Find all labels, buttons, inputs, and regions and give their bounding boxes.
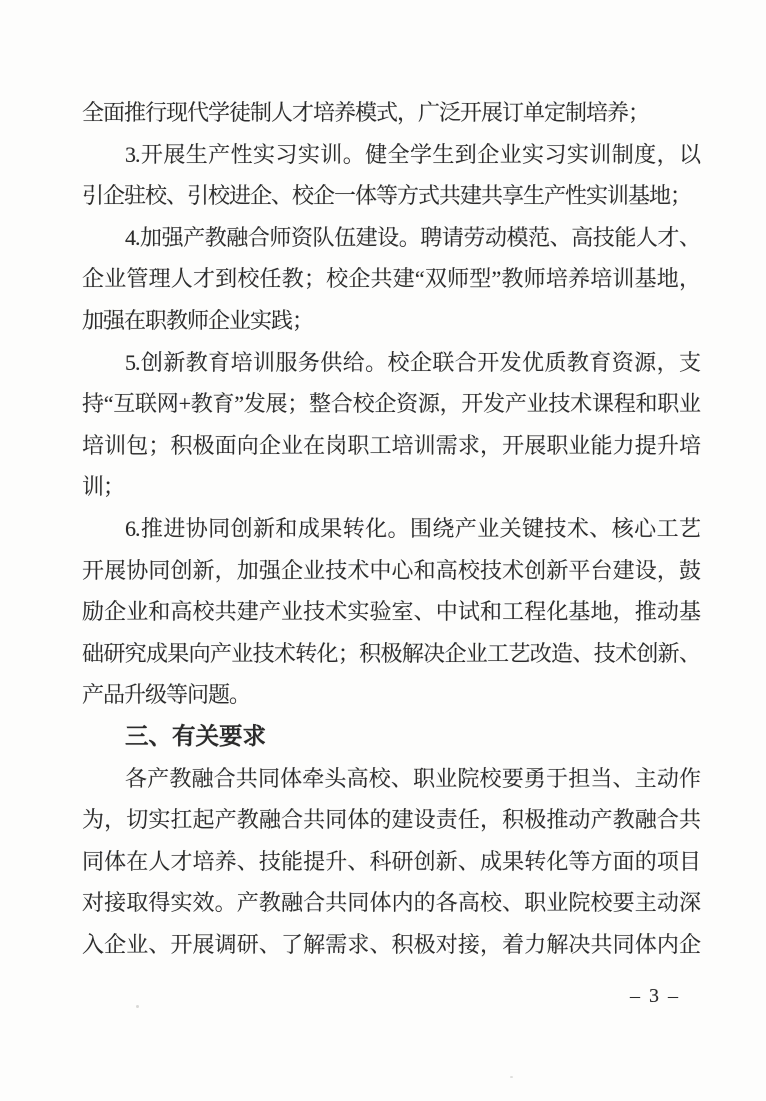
text-line: 4.加强产教融合师资队伍建设。聘请劳动模范、高技能人才、 — [82, 217, 700, 259]
text-line: 加强在职教师企业实践； — [82, 300, 700, 342]
document-body: 全面推行现代学徒制人才培养模式，广泛开展订单定制培养；3.开展生产性实习实训。健… — [82, 92, 700, 965]
page-number: – 3 – — [630, 984, 680, 1008]
text-line: 励企业和高校共建产业技术实验室、中试和工程化基地，推动基 — [82, 591, 700, 633]
text-line: 为，切实扛起产教融合共同体的建设责任，积极推动产教融合共 — [82, 799, 700, 841]
text-line: 训； — [82, 466, 700, 508]
scan-speckle — [510, 1076, 513, 1078]
section-heading: 三、有关要求 — [82, 716, 700, 758]
text-line: 产品升级等问题。 — [82, 674, 700, 716]
text-line: 5.创新教育培训服务供给。校企联合开发优质教育资源，支 — [82, 342, 700, 384]
text-line: 础研究成果向产业技术转化；积极解决企业工艺改造、技术创新、 — [82, 633, 700, 675]
text-line: 各产教融合共同体牵头高校、职业院校要勇于担当、主动作 — [82, 758, 700, 800]
text-line: 6.推进协同创新和成果转化。围绕产业关键技术、核心工艺 — [82, 508, 700, 550]
text-line: 全面推行现代学徒制人才培养模式，广泛开展订单定制培养； — [82, 92, 700, 134]
text-line: 3.开展生产性实习实训。健全学生到企业实习实训制度，以 — [82, 134, 700, 176]
text-line: 同体在人才培养、技能提升、科研创新、成果转化等方面的项目 — [82, 841, 700, 883]
text-line: 持“互联网+教育”发展；整合校企资源，开发产业技术课程和职业 — [82, 383, 700, 425]
text-line: 开展协同创新，加强企业技术中心和高校技术创新平台建设，鼓 — [82, 550, 700, 592]
text-line: 引企驻校、引校进企、校企一体等方式共建共享生产性实训基地； — [82, 175, 700, 217]
text-line: 对接取得实效。产教融合共同体内的各高校、职业院校要主动深 — [82, 882, 700, 924]
text-line: 培训包；积极面向企业在岗职工培训需求，开展职业能力提升培 — [82, 425, 700, 467]
text-line: 入企业、开展调研、了解需求、积极对接，着力解决共同体内企 — [82, 924, 700, 966]
text-line: 企业管理人才到校任教；校企共建“双师型”教师培养培训基地， — [82, 258, 700, 300]
document-page: 全面推行现代学徒制人才培养模式，广泛开展订单定制培养；3.开展生产性实习实训。健… — [0, 0, 766, 1101]
scan-speckle — [136, 1005, 139, 1008]
